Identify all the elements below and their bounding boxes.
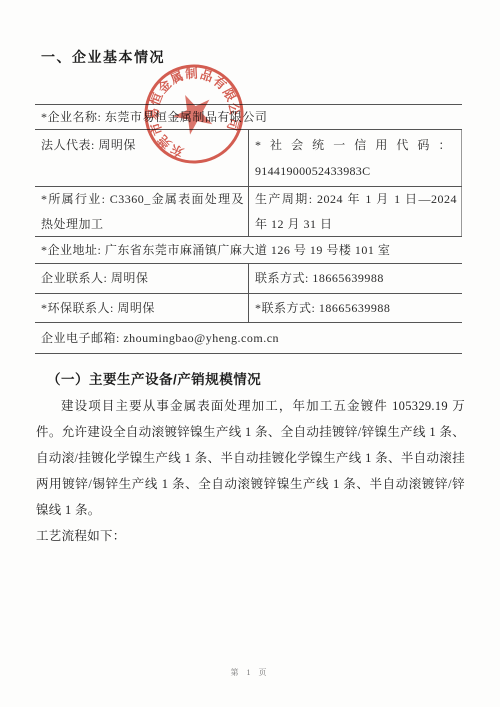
production-description: 建设项目主要从事金属表面处理加工，年加工五金镀件 105329.19 万件。允许… — [36, 393, 465, 549]
contact-person-cell: 企业联系人: 周明保 — [35, 264, 248, 293]
production-period-cell: 生产周期: 2024 年 1 月 1 日—2024 年 12 月 31 日 — [248, 187, 462, 236]
section-heading-basic-info: 一、企业基本情况 — [41, 47, 165, 67]
env-contact-phone-cell: *联系方式: 18665639988 — [248, 294, 462, 322]
table-row: *企业名称: 东莞市易恒金属制品有限公司 — [35, 104, 462, 129]
table-row: 企业电子邮箱: zhoumingbao@yheng.com.cn — [35, 322, 462, 354]
company-info-table: *企业名称: 东莞市易恒金属制品有限公司 法人代表: 周明保 *社会统一信用代码… — [35, 104, 462, 354]
document-page: 一、企业基本情况 *企业名称: 东莞市易恒金属制品有限公司 法人代表: 周明保 … — [0, 0, 500, 707]
company-name-cell: *企业名称: 东莞市易恒金属制品有限公司 — [35, 105, 267, 129]
credit-code-label: *社会统一信用代码： — [255, 132, 461, 158]
production-paragraph: 建设项目主要从事金属表面处理加工，年加工五金镀件 105329.19 万件。允许… — [36, 393, 465, 523]
credit-code-value: 91441900052433983C — [255, 158, 461, 184]
process-flow-lead-in: 工艺流程如下： — [36, 523, 465, 549]
table-row: *环保联系人: 周明保 *联系方式: 18665639988 — [35, 293, 462, 322]
table-row: *企业地址: 广东省东莞市麻涌镇广麻大道 126 号 19 号楼 101 室 — [35, 236, 462, 263]
env-contact-person-cell: *环保联系人: 周明保 — [35, 294, 248, 322]
table-row: *所属行业: C3360_金属表面处理及热处理加工 生产周期: 2024 年 1… — [35, 186, 462, 236]
legal-rep-cell: 法人代表: 周明保 — [35, 130, 248, 186]
email-cell: 企业电子邮箱: zhoumingbao@yheng.com.cn — [35, 323, 279, 353]
section-heading-production: （一）主要生产设备/产销规模情况 — [47, 368, 261, 388]
table-row: 法人代表: 周明保 *社会统一信用代码： 91441900052433983C — [35, 129, 462, 186]
page-number: 第 1 页 — [0, 667, 500, 678]
table-row: 企业联系人: 周明保 联系方式: 18665639988 — [35, 263, 462, 293]
credit-code-cell: *社会统一信用代码： 91441900052433983C — [248, 130, 462, 186]
address-cell: *企业地址: 广东省东莞市麻涌镇广麻大道 126 号 19 号楼 101 室 — [35, 237, 390, 263]
contact-phone-cell: 联系方式: 18665639988 — [248, 264, 462, 293]
industry-cell: *所属行业: C3360_金属表面处理及热处理加工 — [35, 187, 248, 236]
